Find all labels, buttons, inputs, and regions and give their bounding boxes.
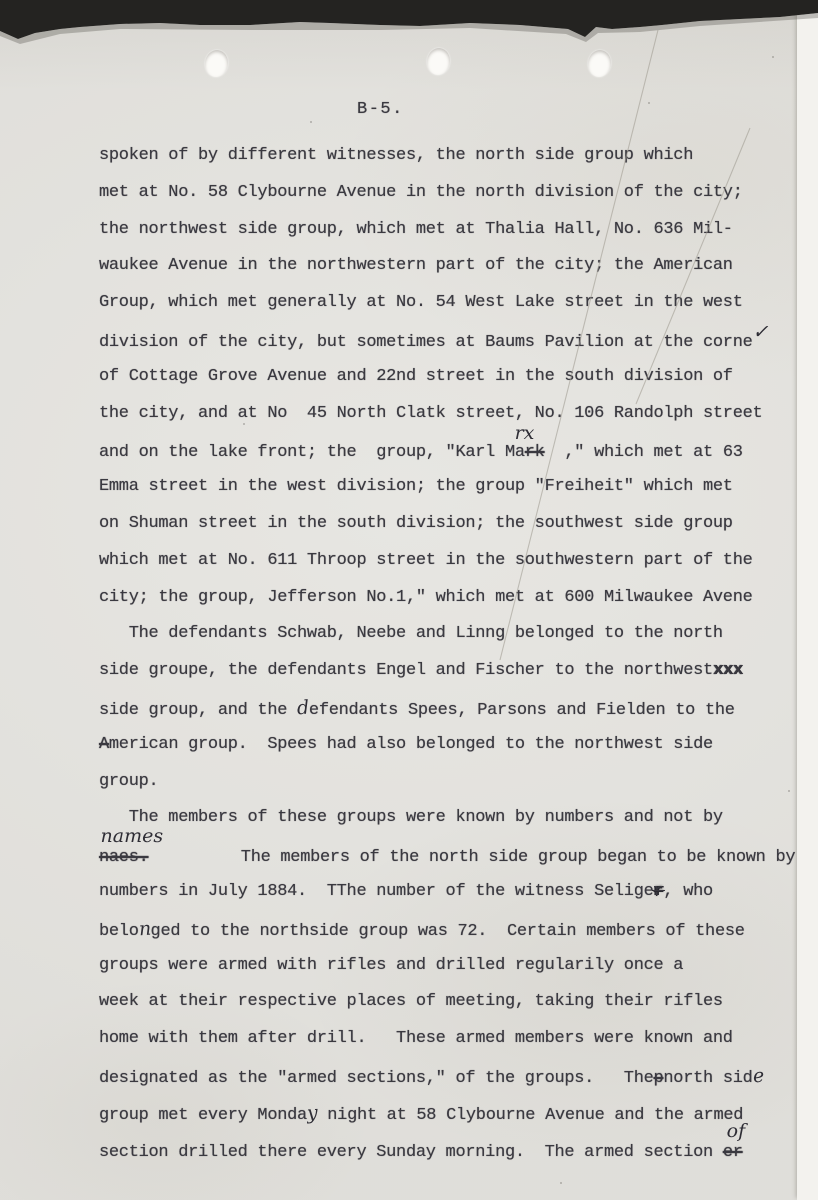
typed-line: waukee Avenue in the northwestern part o…: [99, 248, 799, 285]
handwritten-correction: rx: [515, 415, 535, 452]
typed-text: groups were armed with rifles and drille…: [99, 956, 683, 975]
typed-text: night at 58 Clybourne Avenue and the arm…: [317, 1106, 743, 1125]
typed-text: The defendants Schwab, Neebe and Linng b…: [99, 624, 723, 643]
blotted-text: r: [654, 882, 664, 901]
typed-line: groups were armed with rifles and drille…: [99, 948, 799, 985]
typed-text: group met every Monda: [99, 1106, 307, 1125]
typed-text: ged to the northside group was 72. Certa…: [151, 922, 745, 941]
typed-text: Group, which met generally at No. 54 Wes…: [99, 293, 743, 312]
typed-text: north sid: [663, 1069, 752, 1088]
typed-text: numbers in July 1884. TThe number of the…: [99, 882, 654, 901]
typed-text: ," which met at 63: [564, 443, 742, 462]
typed-text: met at No. 58 Clybourne Avenue in the no…: [99, 183, 743, 202]
dust-speck: [788, 790, 790, 792]
dust-speck: [310, 121, 312, 123]
typed-line: numbers in July 1884. TThe number of the…: [99, 874, 799, 911]
typed-text: side group, and the: [99, 701, 297, 720]
typed-text: on Shuman street in the south division; …: [99, 514, 733, 533]
dust-speck: [648, 102, 650, 104]
typed-line: American group. Spees had also belonged …: [99, 727, 799, 764]
page-number: B-5.: [357, 100, 404, 119]
typed-text: and on the lake front; the group, "Karl …: [99, 443, 525, 462]
typed-text: merican group. Spees had also belonged t…: [109, 735, 713, 754]
typed-text: belo: [99, 922, 139, 941]
handwritten-correction: names: [101, 818, 164, 855]
typed-text: side groupe, the defendants Engel and Fi…: [99, 661, 713, 680]
typed-line: naes.names The members of the north side…: [99, 837, 799, 874]
typed-line: side groupe, the defendants Engel and Fi…: [99, 653, 799, 690]
handwritten-correction: of: [727, 1113, 745, 1150]
typed-line: designated as the "armed sections," of t…: [99, 1058, 799, 1095]
typed-text: The members of the north side group bega…: [211, 848, 795, 867]
typed-line: belonged to the northside group was 72. …: [99, 911, 799, 948]
document-text: spoken of by different witnesses, the no…: [99, 138, 799, 1168]
typed-line: which met at No. 611 Throop street in th…: [99, 543, 799, 580]
handwritten-correction: d: [296, 690, 310, 728]
dust-speck: [772, 56, 774, 58]
typed-text: The members of these groups were known b…: [99, 808, 723, 827]
typed-line: home with them after drill. These armed …: [99, 1021, 799, 1058]
typed-line: the northwest side group, which met at T…: [99, 212, 799, 249]
typed-text: group.: [99, 772, 158, 791]
typed-line: group met every Monday night at 58 Clybo…: [99, 1095, 799, 1132]
handwritten-correction: e: [751, 1058, 764, 1095]
typed-text: designated as the "armed sections," of t…: [99, 1069, 654, 1088]
dust-speck: [560, 1182, 562, 1184]
typed-line: section drilled there every Sunday morni…: [99, 1132, 799, 1169]
typed-text: which met at No. 611 Throop street in th…: [99, 551, 753, 570]
typed-text: , who: [663, 882, 713, 901]
typed-line: met at No. 58 Clybourne Avenue in the no…: [99, 175, 799, 212]
typed-line: group.: [99, 764, 799, 801]
typed-text: waukee Avenue in the northwestern part o…: [99, 256, 733, 275]
handwritten-correction: ✓: [753, 314, 769, 351]
typed-text: division of the city, but sometimes at B…: [99, 333, 753, 352]
typed-line: of Cottage Grove Avenue and 22nd street …: [99, 359, 799, 396]
typed-line: and on the lake front; the group, "Karl …: [99, 432, 799, 469]
typed-text: the northwest side group, which met at T…: [99, 220, 733, 239]
typed-text: week at their respective places of meeti…: [99, 992, 723, 1011]
dust-speck: [243, 423, 245, 425]
typed-text: spoken of by different witnesses, the no…: [99, 146, 693, 165]
overtyped-text: xxx: [713, 661, 743, 680]
typed-text: city; the group, Jefferson No.1," which …: [99, 588, 753, 607]
typed-line: spoken of by different witnesses, the no…: [99, 138, 799, 175]
page-top-edge: [0, 0, 818, 60]
typed-line: Emma street in the west division; the gr…: [99, 469, 799, 506]
typed-text: section drilled there every Sunday morni…: [99, 1143, 723, 1162]
typed-text: home with them after drill. These armed …: [99, 1029, 733, 1048]
typed-line: week at their respective places of meeti…: [99, 984, 799, 1021]
paper-edge-strip: [797, 0, 818, 1200]
typed-line: city; the group, Jefferson No.1," which …: [99, 580, 799, 617]
struckthrough-text: p: [654, 1069, 664, 1088]
handwritten-correction: y: [306, 1094, 319, 1131]
handwritten-correction: n: [137, 910, 151, 948]
typed-line: The members of these groups were known b…: [99, 800, 799, 837]
typed-line: side group, and the defendants Spees, Pa…: [99, 690, 799, 727]
typed-line: on Shuman street in the south division; …: [99, 506, 799, 543]
typed-text: the city, and at No 45 North Clatk stree…: [99, 404, 762, 423]
typed-line: the city, and at No 45 North Clatk stree…: [99, 396, 799, 433]
typed-text: Emma street in the west division; the gr…: [99, 477, 733, 496]
typed-text: of Cottage Grove Avenue and 22nd street …: [99, 367, 733, 386]
typed-text: efendants Spees, Parsons and Fielden to …: [309, 701, 735, 720]
struckthrough-text: A: [99, 735, 109, 754]
typed-line: The defendants Schwab, Neebe and Linng b…: [99, 616, 799, 653]
scanned-page: { "page": { "number_label": "B-5." }, "s…: [0, 0, 818, 1200]
typed-line: division of the city, but sometimes at B…: [99, 322, 799, 359]
typed-line: Group, which met generally at No. 54 Wes…: [99, 285, 799, 322]
